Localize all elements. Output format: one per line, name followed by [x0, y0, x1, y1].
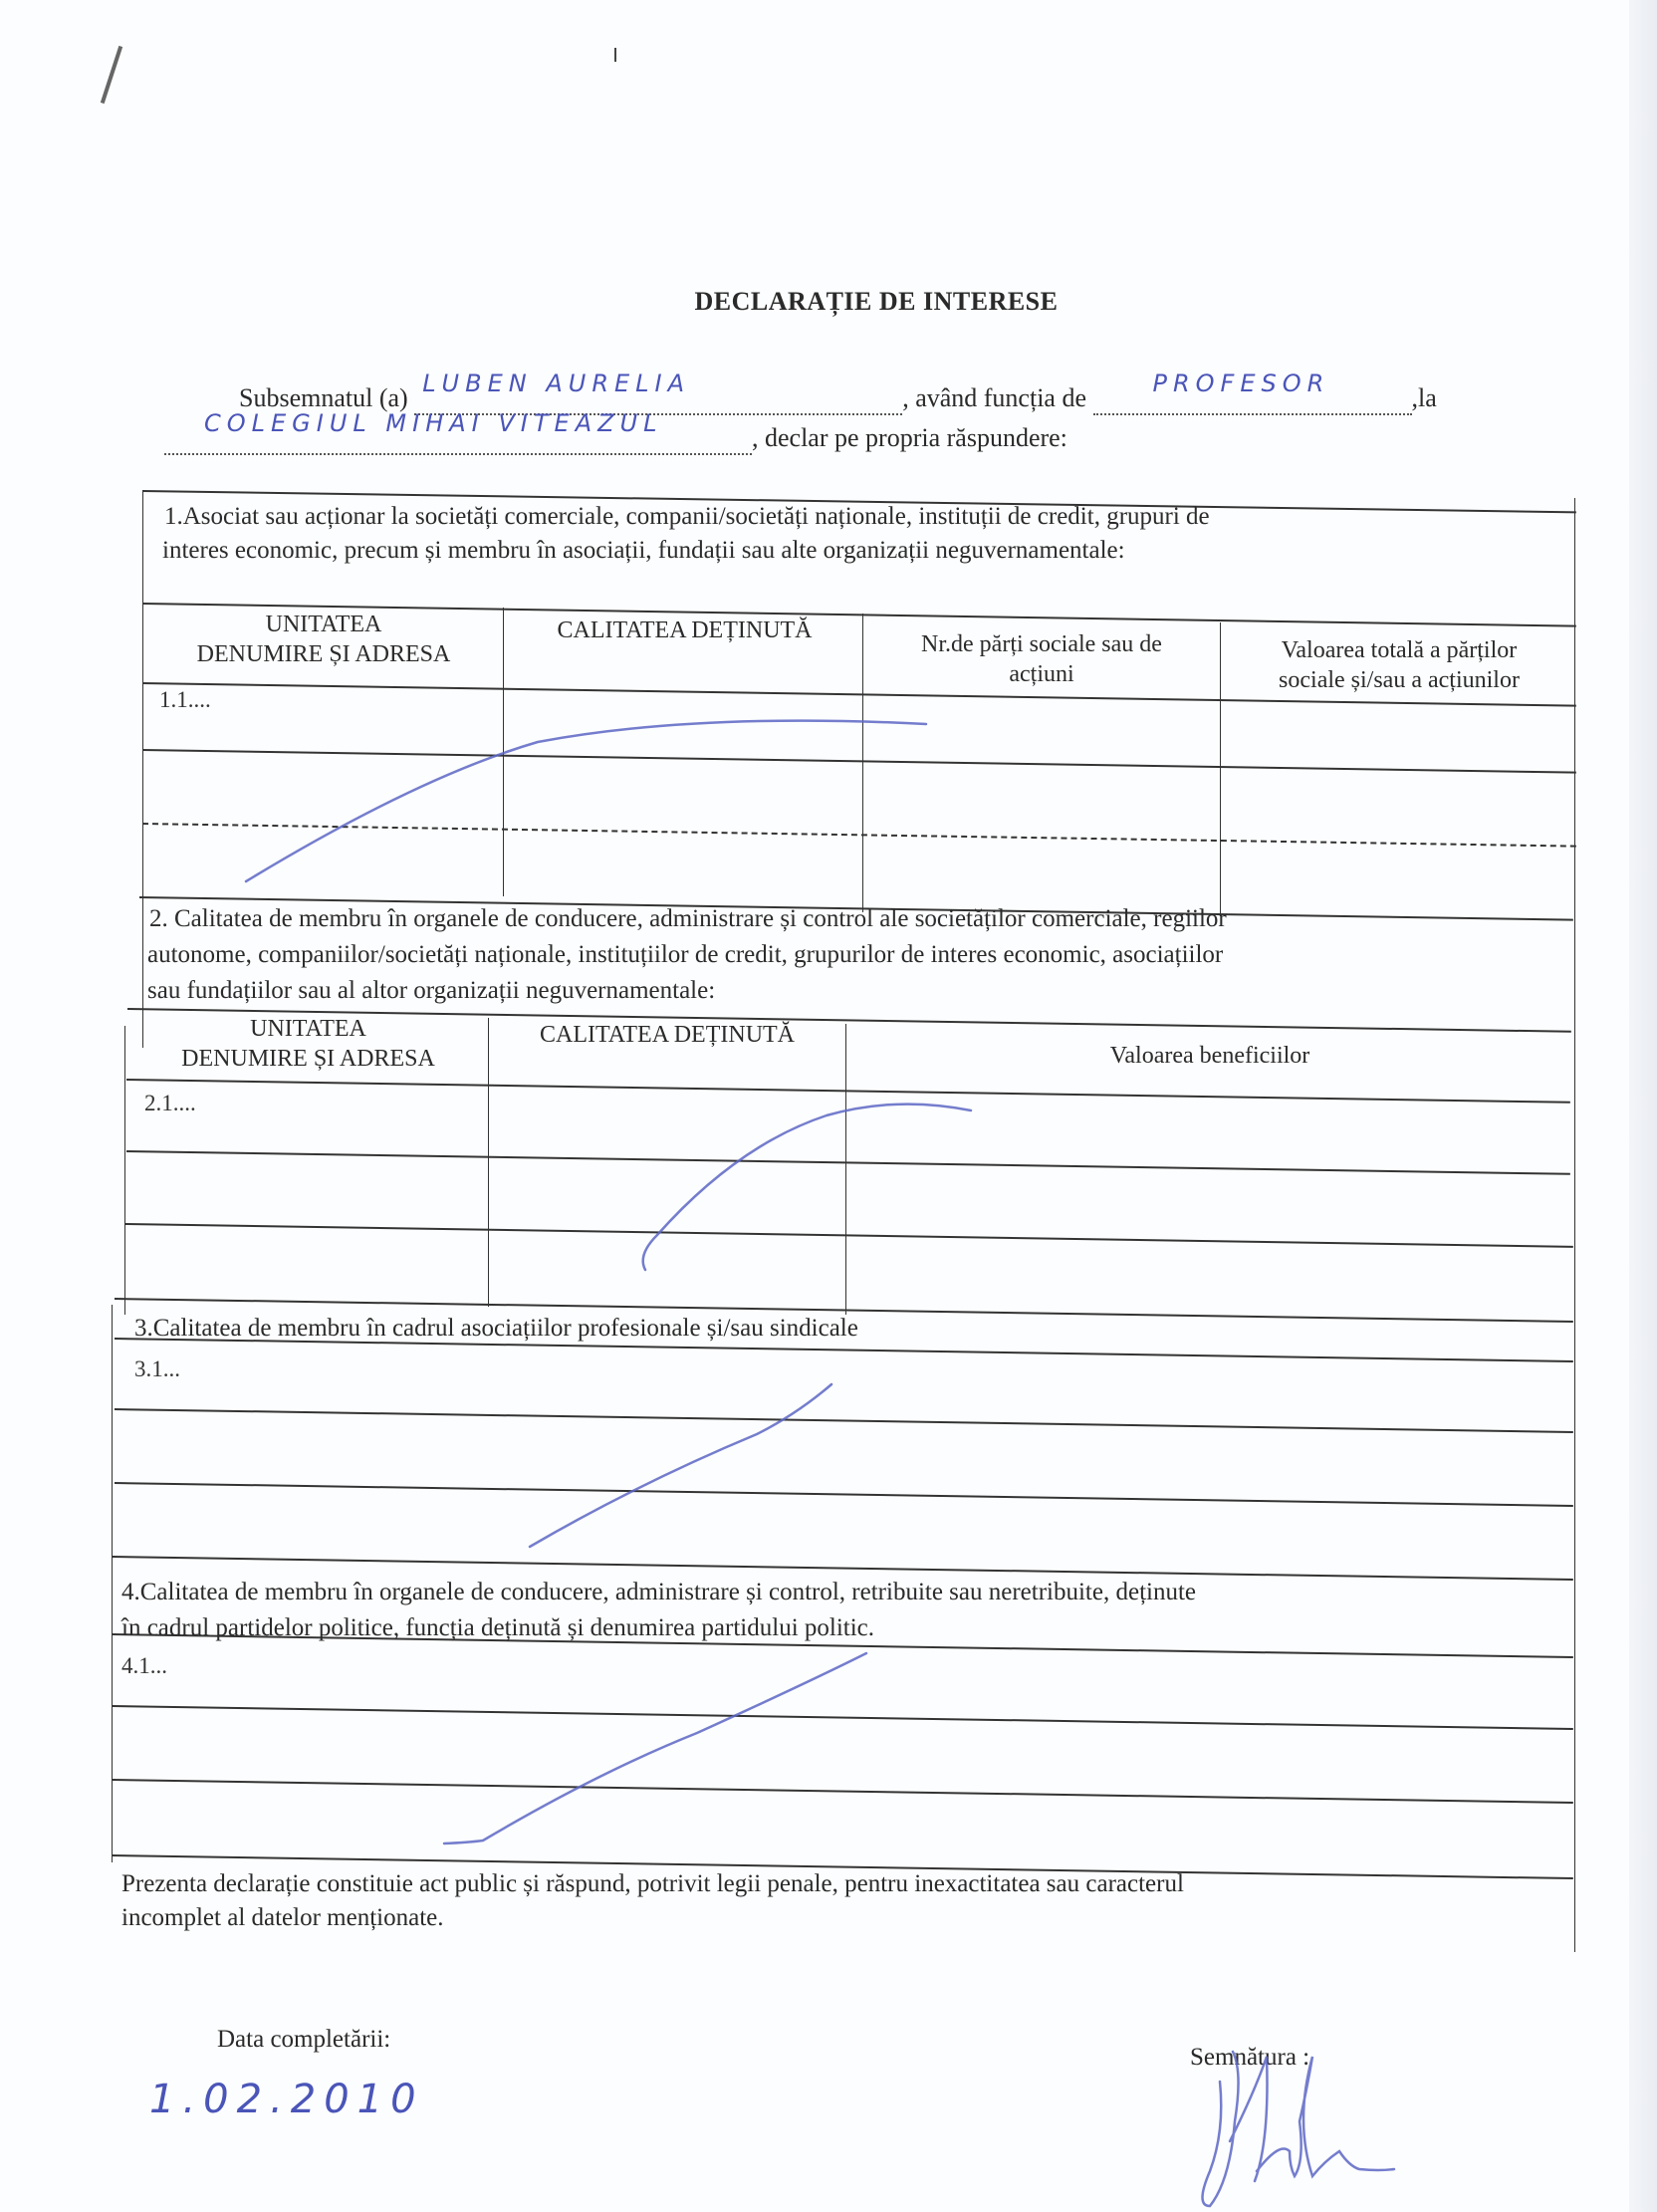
function-field[interactable]: PROFESOR	[1093, 383, 1412, 415]
s1-col-nr-parti: Nr.de părți sociale sau de acțiuni	[866, 629, 1217, 689]
table-rule	[126, 1150, 1570, 1175]
section2-heading-line3: sau fundațiilor sau al altor organizații…	[147, 975, 715, 1006]
header-line: acțiuni	[866, 659, 1217, 689]
section1-heading-line1: 1.Asociat sau acționar la societăți come…	[164, 501, 1210, 532]
name-label: Subsemnatul (a)	[239, 383, 408, 412]
s2-col-unitatea: UNITATEA DENUMIRE ȘI ADRESA	[131, 1014, 485, 1074]
institution-field[interactable]: COLEGIUL MIHAI VITEAZUL	[164, 423, 752, 455]
signature-stroke	[1203, 2052, 1395, 2206]
section3-heading: 3.Calitatea de membru în cadrul asociați…	[134, 1313, 858, 1344]
crossout-stroke-section4	[444, 1653, 866, 1843]
header-line: DENUMIRE ȘI ADRESA	[131, 1044, 485, 1074]
crossout-stroke-section2	[643, 1105, 971, 1270]
header-line: Valoarea totală a părților	[1225, 635, 1573, 665]
function-label: , având funcția de	[902, 383, 1086, 412]
col-divider	[1220, 622, 1221, 916]
header-line: DENUMIRE ȘI ADRESA	[149, 639, 498, 669]
table-left-border-2	[124, 1026, 125, 1315]
header-line: Valoarea beneficiilor	[851, 1041, 1568, 1071]
declare-label: , declar pe propria răspundere:	[752, 423, 1067, 452]
col-divider	[845, 1024, 846, 1315]
scan-mark	[101, 46, 122, 104]
paper-fold-edge	[1629, 0, 1657, 2212]
table-rule	[124, 1223, 1573, 1248]
s1-col-valoare: Valoarea totală a părților sociale și/sa…	[1225, 635, 1573, 695]
date-value[interactable]: 1.02.2010	[149, 2077, 424, 2122]
table-rule	[115, 1482, 1573, 1507]
section4-heading-line1: 4.Calitatea de membru în organele de con…	[121, 1577, 1196, 1607]
disclaimer-line1: Prezenta declarație constituie act publi…	[121, 1868, 1184, 1899]
row-label-2-1: 2.1....	[144, 1091, 196, 1116]
s2-col-valoare-beneficii: Valoarea beneficiilor	[851, 1041, 1568, 1071]
section2-heading-line1: 2. Calitatea de membru în organele de co…	[149, 903, 1227, 934]
col-divider	[488, 1018, 489, 1307]
disclaimer-line2: incomplet al datelor menționate.	[121, 1902, 444, 1933]
col-divider	[503, 608, 504, 896]
section1-heading-line2: interes economic, precum și membru în as…	[162, 535, 1125, 566]
section4-heading-line2: în cadrul partidelor politice, funcția d…	[121, 1612, 874, 1643]
header-line: UNITATEA	[131, 1014, 485, 1044]
s1-col-unitatea: UNITATEA DENUMIRE ȘI ADRESA	[149, 610, 498, 669]
document-page: DECLARAȚIE DE INTERESE Subsemnatul (a) L…	[0, 0, 1657, 2212]
table-rule	[115, 1408, 1573, 1433]
row-label-1-1: 1.1....	[159, 687, 211, 713]
header-line: CALITATEA DEȚINUTĂ	[492, 1020, 842, 1050]
section2-heading-line2: autonome, companiilor/societăți național…	[147, 939, 1223, 970]
table-rule	[113, 1705, 1573, 1730]
table-rule	[126, 1079, 1570, 1104]
page-title: DECLARAȚIE DE INTERESE	[0, 287, 1657, 317]
row-label-3-1: 3.1...	[134, 1356, 180, 1382]
date-label: Data completării:	[217, 2024, 390, 2055]
scan-mark	[614, 48, 616, 62]
s1-col-calitatea: CALITATEA DEȚINUTĂ	[508, 615, 861, 645]
at-label: ,la	[1412, 383, 1437, 412]
signature-label: Semnătura :	[1190, 2042, 1309, 2073]
col-divider	[862, 614, 863, 912]
crossout-stroke-section1	[246, 721, 926, 881]
header-line: UNITATEA	[149, 610, 498, 639]
table-rule	[113, 1779, 1573, 1804]
intro-line-2: COLEGIUL MIHAI VITEAZUL , declar pe prop…	[164, 423, 1067, 455]
s2-col-calitatea: CALITATEA DEȚINUTĂ	[492, 1020, 842, 1050]
header-line: Nr.de părți sociale sau de	[866, 629, 1217, 659]
crossout-stroke-section3	[530, 1384, 831, 1547]
table-left-border	[142, 490, 143, 1048]
table-rule	[142, 749, 1576, 774]
table-right-border	[1574, 498, 1575, 1952]
row-label-4-1: 4.1...	[121, 1653, 167, 1679]
function-value: PROFESOR	[1153, 369, 1330, 397]
institution-value: COLEGIUL MIHAI VITEAZUL	[204, 409, 663, 437]
name-value: LUBEN AURELIA	[422, 369, 690, 397]
header-line: sociale și/sau a acțiunilor	[1225, 665, 1573, 695]
table-rule	[142, 823, 1576, 848]
header-line: CALITATEA DEȚINUTĂ	[508, 615, 861, 645]
